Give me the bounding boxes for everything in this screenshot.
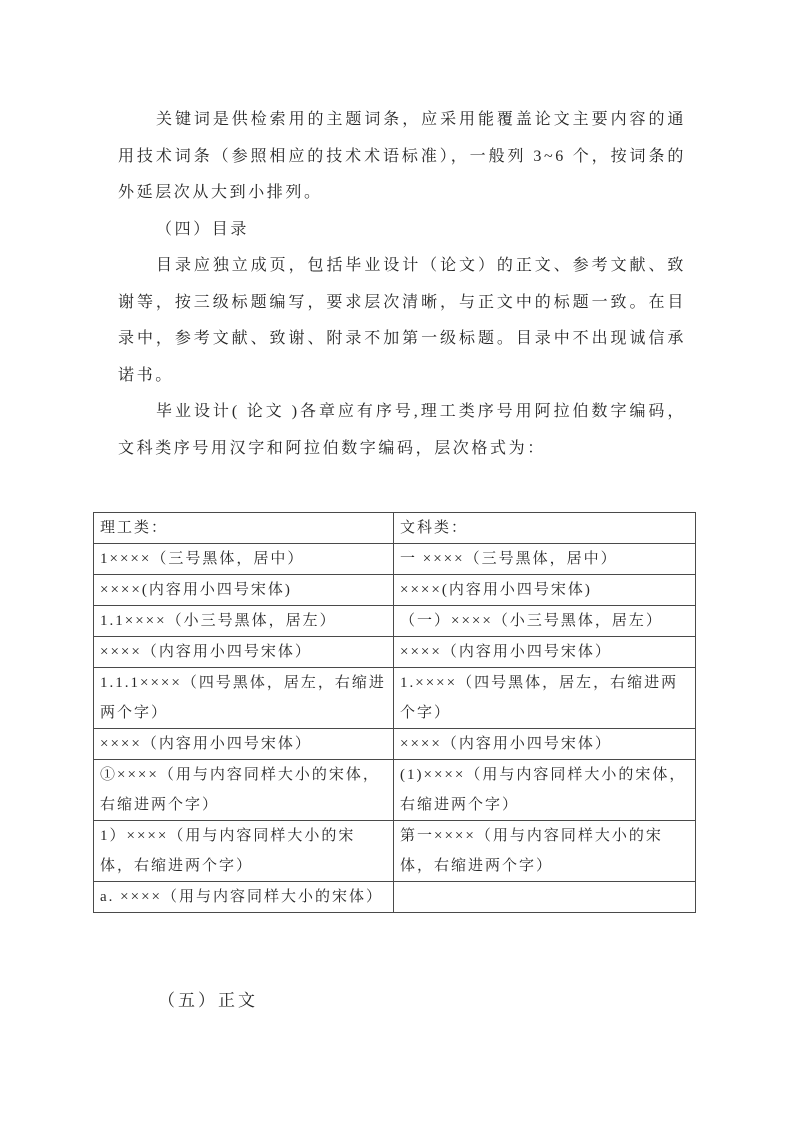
table-row: 1.1××××（小三号黑体，居左） （一）××××（小三号黑体，居左） xyxy=(94,606,696,637)
document-body: 关键词是供检索用的主题词条，应采用能覆盖论文主要内容的通用技术词条（参照相应的技… xyxy=(118,102,686,467)
table-cell: 一 ××××（三号黑体，居中） xyxy=(394,544,696,575)
table-cell: ××××(内容用小四号宋体) xyxy=(394,575,696,606)
table-row: ××××(内容用小四号宋体) ××××(内容用小四号宋体) xyxy=(94,575,696,606)
table-header-liberal-arts: 文科类： xyxy=(394,513,696,544)
document-page: 关键词是供检索用的主题词条，应采用能覆盖论文主要内容的通用技术词条（参照相应的技… xyxy=(0,0,794,1122)
table-row: ××××（内容用小四号宋体） ××××（内容用小四号宋体） xyxy=(94,637,696,668)
heading-section-5: （五）正文 xyxy=(118,982,686,1019)
table-cell xyxy=(394,882,696,913)
table-cell: 1.1××××（小三号黑体，居左） xyxy=(94,606,394,637)
table-header-row: 理工类： 文科类： xyxy=(94,513,696,544)
table-row: ①××××（用与内容同样大小的宋体，右缩进两个字） (1)××××（用与内容同样… xyxy=(94,760,696,821)
table-row: 1）××××（用与内容同样大小的宋体，右缩进两个字） 第一××××（用与内容同样… xyxy=(94,821,696,882)
table-cell: ××××(内容用小四号宋体) xyxy=(94,575,394,606)
paragraph-toc: 目录应独立成页，包括毕业设计（论文）的正文、参考文献、致谢等，按三级标题编写，要… xyxy=(118,248,686,394)
table-cell: （一）××××（小三号黑体，居左） xyxy=(394,606,696,637)
table-cell: 第一××××（用与内容同样大小的宋体，右缩进两个字） xyxy=(394,821,696,882)
table-cell: ①××××（用与内容同样大小的宋体，右缩进两个字） xyxy=(94,760,394,821)
paragraph-keywords: 关键词是供检索用的主题词条，应采用能覆盖论文主要内容的通用技术词条（参照相应的技… xyxy=(118,102,686,212)
table-cell: ××××（内容用小四号宋体） xyxy=(394,729,696,760)
table-row: ××××（内容用小四号宋体） ××××（内容用小四号宋体） xyxy=(94,729,696,760)
numbering-format-table: 理工类： 文科类： 1××××（三号黑体，居中） 一 ××××（三号黑体，居中）… xyxy=(93,512,696,913)
table-cell: 1××××（三号黑体，居中） xyxy=(94,544,394,575)
table-cell: 1.××××（四号黑体，居左，右缩进两个字） xyxy=(394,668,696,729)
table-header-science: 理工类： xyxy=(94,513,394,544)
paragraph-numbering: 毕业设计( 论文 )各章应有序号,理工类序号用阿拉伯数字编码，文科类序号用汉字和… xyxy=(118,394,686,467)
table-row: 1××××（三号黑体，居中） 一 ××××（三号黑体，居中） xyxy=(94,544,696,575)
table-cell: ××××（内容用小四号宋体） xyxy=(394,637,696,668)
table-cell: ××××（内容用小四号宋体） xyxy=(94,637,394,668)
table-cell: a. ××××（用与内容同样大小的宋体） xyxy=(94,882,394,913)
table-row: a. ××××（用与内容同样大小的宋体） xyxy=(94,882,696,913)
table-cell: (1)××××（用与内容同样大小的宋体，右缩进两个字） xyxy=(394,760,696,821)
table-cell: 1）××××（用与内容同样大小的宋体，右缩进两个字） xyxy=(94,821,394,882)
heading-section-4: （四）目录 xyxy=(118,212,686,249)
table-cell: 1.1.1××××（四号黑体，居左，右缩进两个字） xyxy=(94,668,394,729)
table-row: 1.1.1××××（四号黑体，居左，右缩进两个字） 1.××××（四号黑体，居左… xyxy=(94,668,696,729)
table-cell: ××××（内容用小四号宋体） xyxy=(94,729,394,760)
